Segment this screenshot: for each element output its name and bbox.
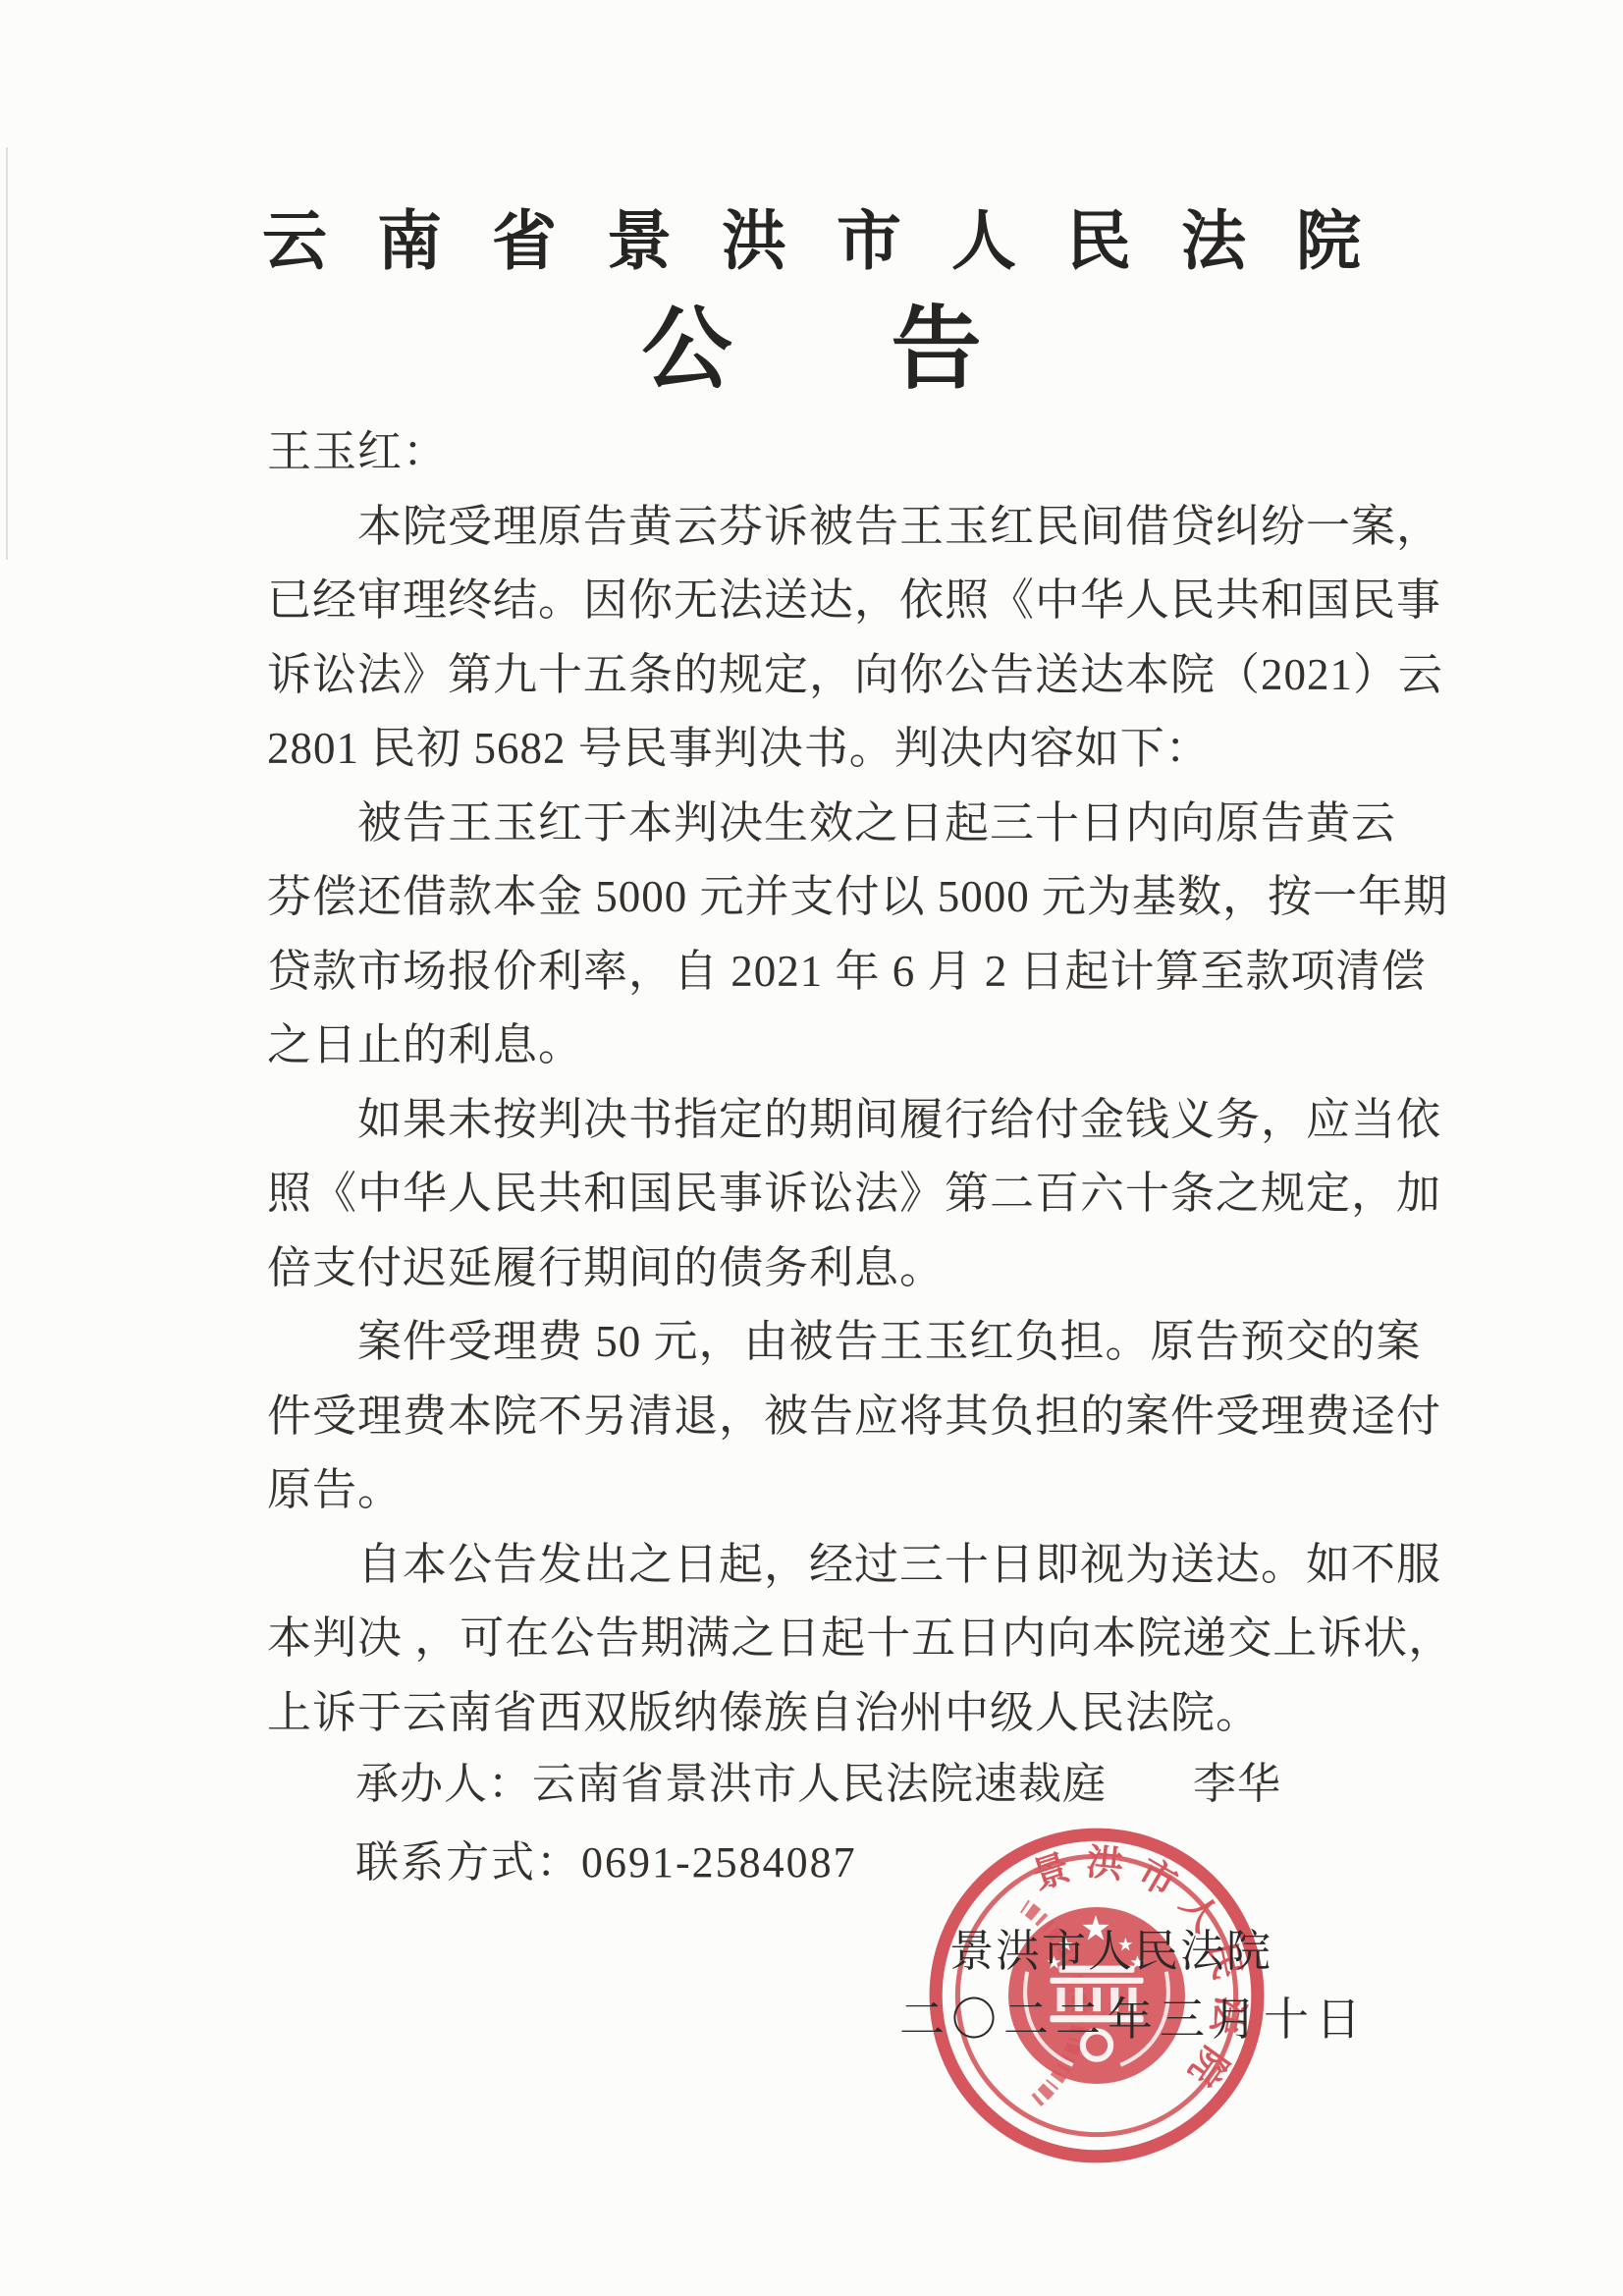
signature-court-name: 景洪市人民法院 (949, 1915, 1272, 1979)
announcement-body: 王玉红： 本院受理原告黄云芬诉被告王玉红民间借贷纠纷一案， 已经审理终结。因你无… (267, 415, 1450, 1750)
contact-label: 联系方式： (355, 1838, 581, 1886)
body-line: 件受理费本院不另清退，被告应将其负担的案件受理费迳付 (267, 1380, 1450, 1454)
body-line: 上诉于云南省西双版纳傣族自治州中级人民法院。 (267, 1676, 1450, 1751)
body-line: 倍支付迟延履行期间的债务利息。 (267, 1231, 1450, 1306)
court-name-title: 云南省景洪市人民法院 (0, 189, 1623, 282)
body-line: 自本公告发出之日起，经过三十日即视为送达。如不服 (267, 1528, 1450, 1603)
body-line: 本判决 ，可在公告期满之日起十五日内向本院递交上诉状， (267, 1602, 1450, 1676)
body-line: 照《中华人民共和国民事诉讼法》第二百六十条之规定，加 (267, 1157, 1450, 1231)
handler-court: 云南省景洪市人民法院速裁庭 (532, 1760, 1107, 1808)
contact-line: 联系方式：0691-2584087 (355, 1827, 857, 1889)
body-line: 王玉红： (267, 415, 1450, 490)
body-line: 芬偿还借款本金 5000 元并支付以 5000 元为基数，按一年期 (267, 860, 1450, 935)
body-line: 2801 民初 5682 号民事判决书。判决内容如下： (267, 712, 1450, 787)
body-line: 诉讼法》第九十五条的规定，向你公告送达本院（2021）云 (267, 638, 1450, 713)
court-announcement-document: 云南省景洪市人民法院 公告 王玉红： 本院受理原告黄云芬诉被告王玉红民间借贷纠纷… (0, 0, 1623, 2296)
body-line: 已经审理终结。因你无法送达，依照《中华人民共和国民事 (267, 564, 1450, 638)
handler-label: 承办人： (355, 1760, 532, 1808)
body-line: 贷款市场报价利率，自 2021 年 6 月 2 日起计算至款项清偿 (267, 935, 1450, 1010)
body-line: 原告。 (267, 1453, 1450, 1528)
body-line: 之日止的利息。 (267, 1009, 1450, 1083)
body-line: 本院受理原告黄云芬诉被告王玉红民间借贷纠纷一案， (267, 490, 1450, 565)
handler-name: 李华 (1193, 1760, 1281, 1808)
handler-line: 承办人：云南省景洪市人民法院速裁庭李华 (355, 1748, 1281, 1811)
contact-phone: 0691-2584087 (581, 1838, 857, 1886)
body-line: 案件受理费 50 元，由被告王玉红负担。原告预交的案 (267, 1305, 1450, 1380)
signature-date: 二〇二二年三月十日 (899, 1984, 1368, 2049)
body-line: 如果未按判决书指定的期间履行给付金钱义务，应当依 (267, 1083, 1450, 1158)
body-line: 被告王玉红于本判决生效之日起三十日内向原告黄云 (267, 787, 1450, 861)
doc-type-title: 公告 (0, 277, 1623, 407)
